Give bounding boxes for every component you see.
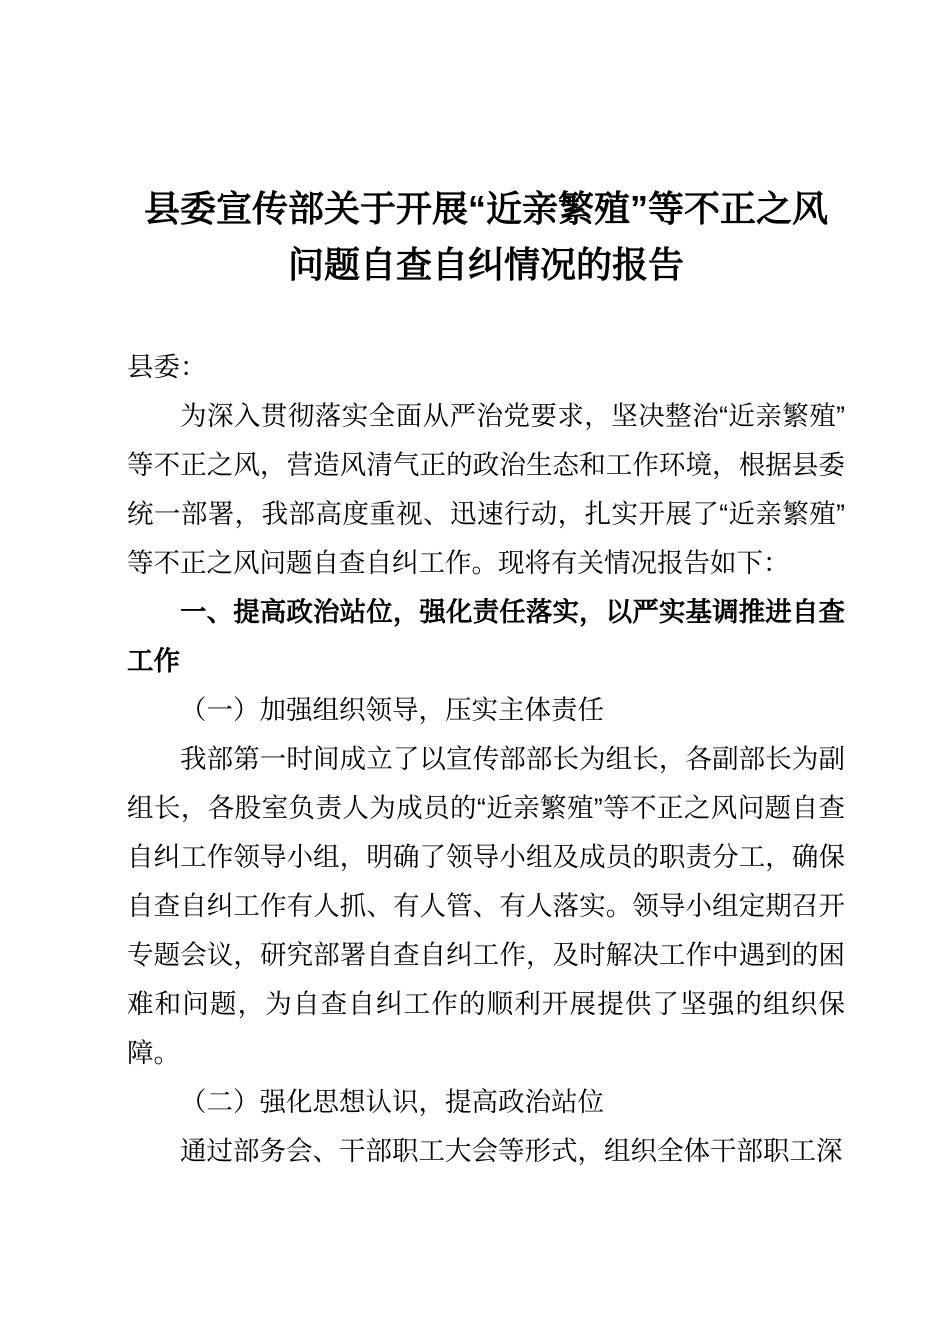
document-title: 县委宣传部关于开展“近亲繁殖”等不正之风问题自查自纠情况的报告 — [127, 181, 845, 293]
paragraph: 通过部务会、干部职工大会等形式，组织全体干部职工深 — [127, 1127, 845, 1176]
document-body: 为深入贯彻落实全面从严治党要求，坚决整治“近亲繁殖”等不正之风，营造风清气正的政… — [127, 392, 845, 1176]
section-heading: 一、提高政治站位，强化责任落实，以严实基调推进自查工作 — [127, 588, 845, 686]
document-content: 县委宣传部关于开展“近亲繁殖”等不正之风问题自查自纠情况的报告 县委： 为深入贯… — [127, 181, 845, 1176]
section-heading: （二）强化思想认识，提高政治站位 — [127, 1078, 845, 1127]
paragraph: 我部第一时间成立了以宣传部部长为组长，各副部长为副组长，各股室负责人为成员的“近… — [127, 735, 845, 1078]
document-page: 县委宣传部关于开展“近亲繁殖”等不正之风问题自查自纠情况的报告 县委： 为深入贯… — [0, 0, 950, 1344]
section-heading: （一）加强组织领导，压实主体责任 — [127, 686, 845, 735]
paragraph: 为深入贯彻落实全面从严治党要求，坚决整治“近亲繁殖”等不正之风，营造风清气正的政… — [127, 392, 845, 588]
salutation: 县委： — [127, 343, 845, 392]
